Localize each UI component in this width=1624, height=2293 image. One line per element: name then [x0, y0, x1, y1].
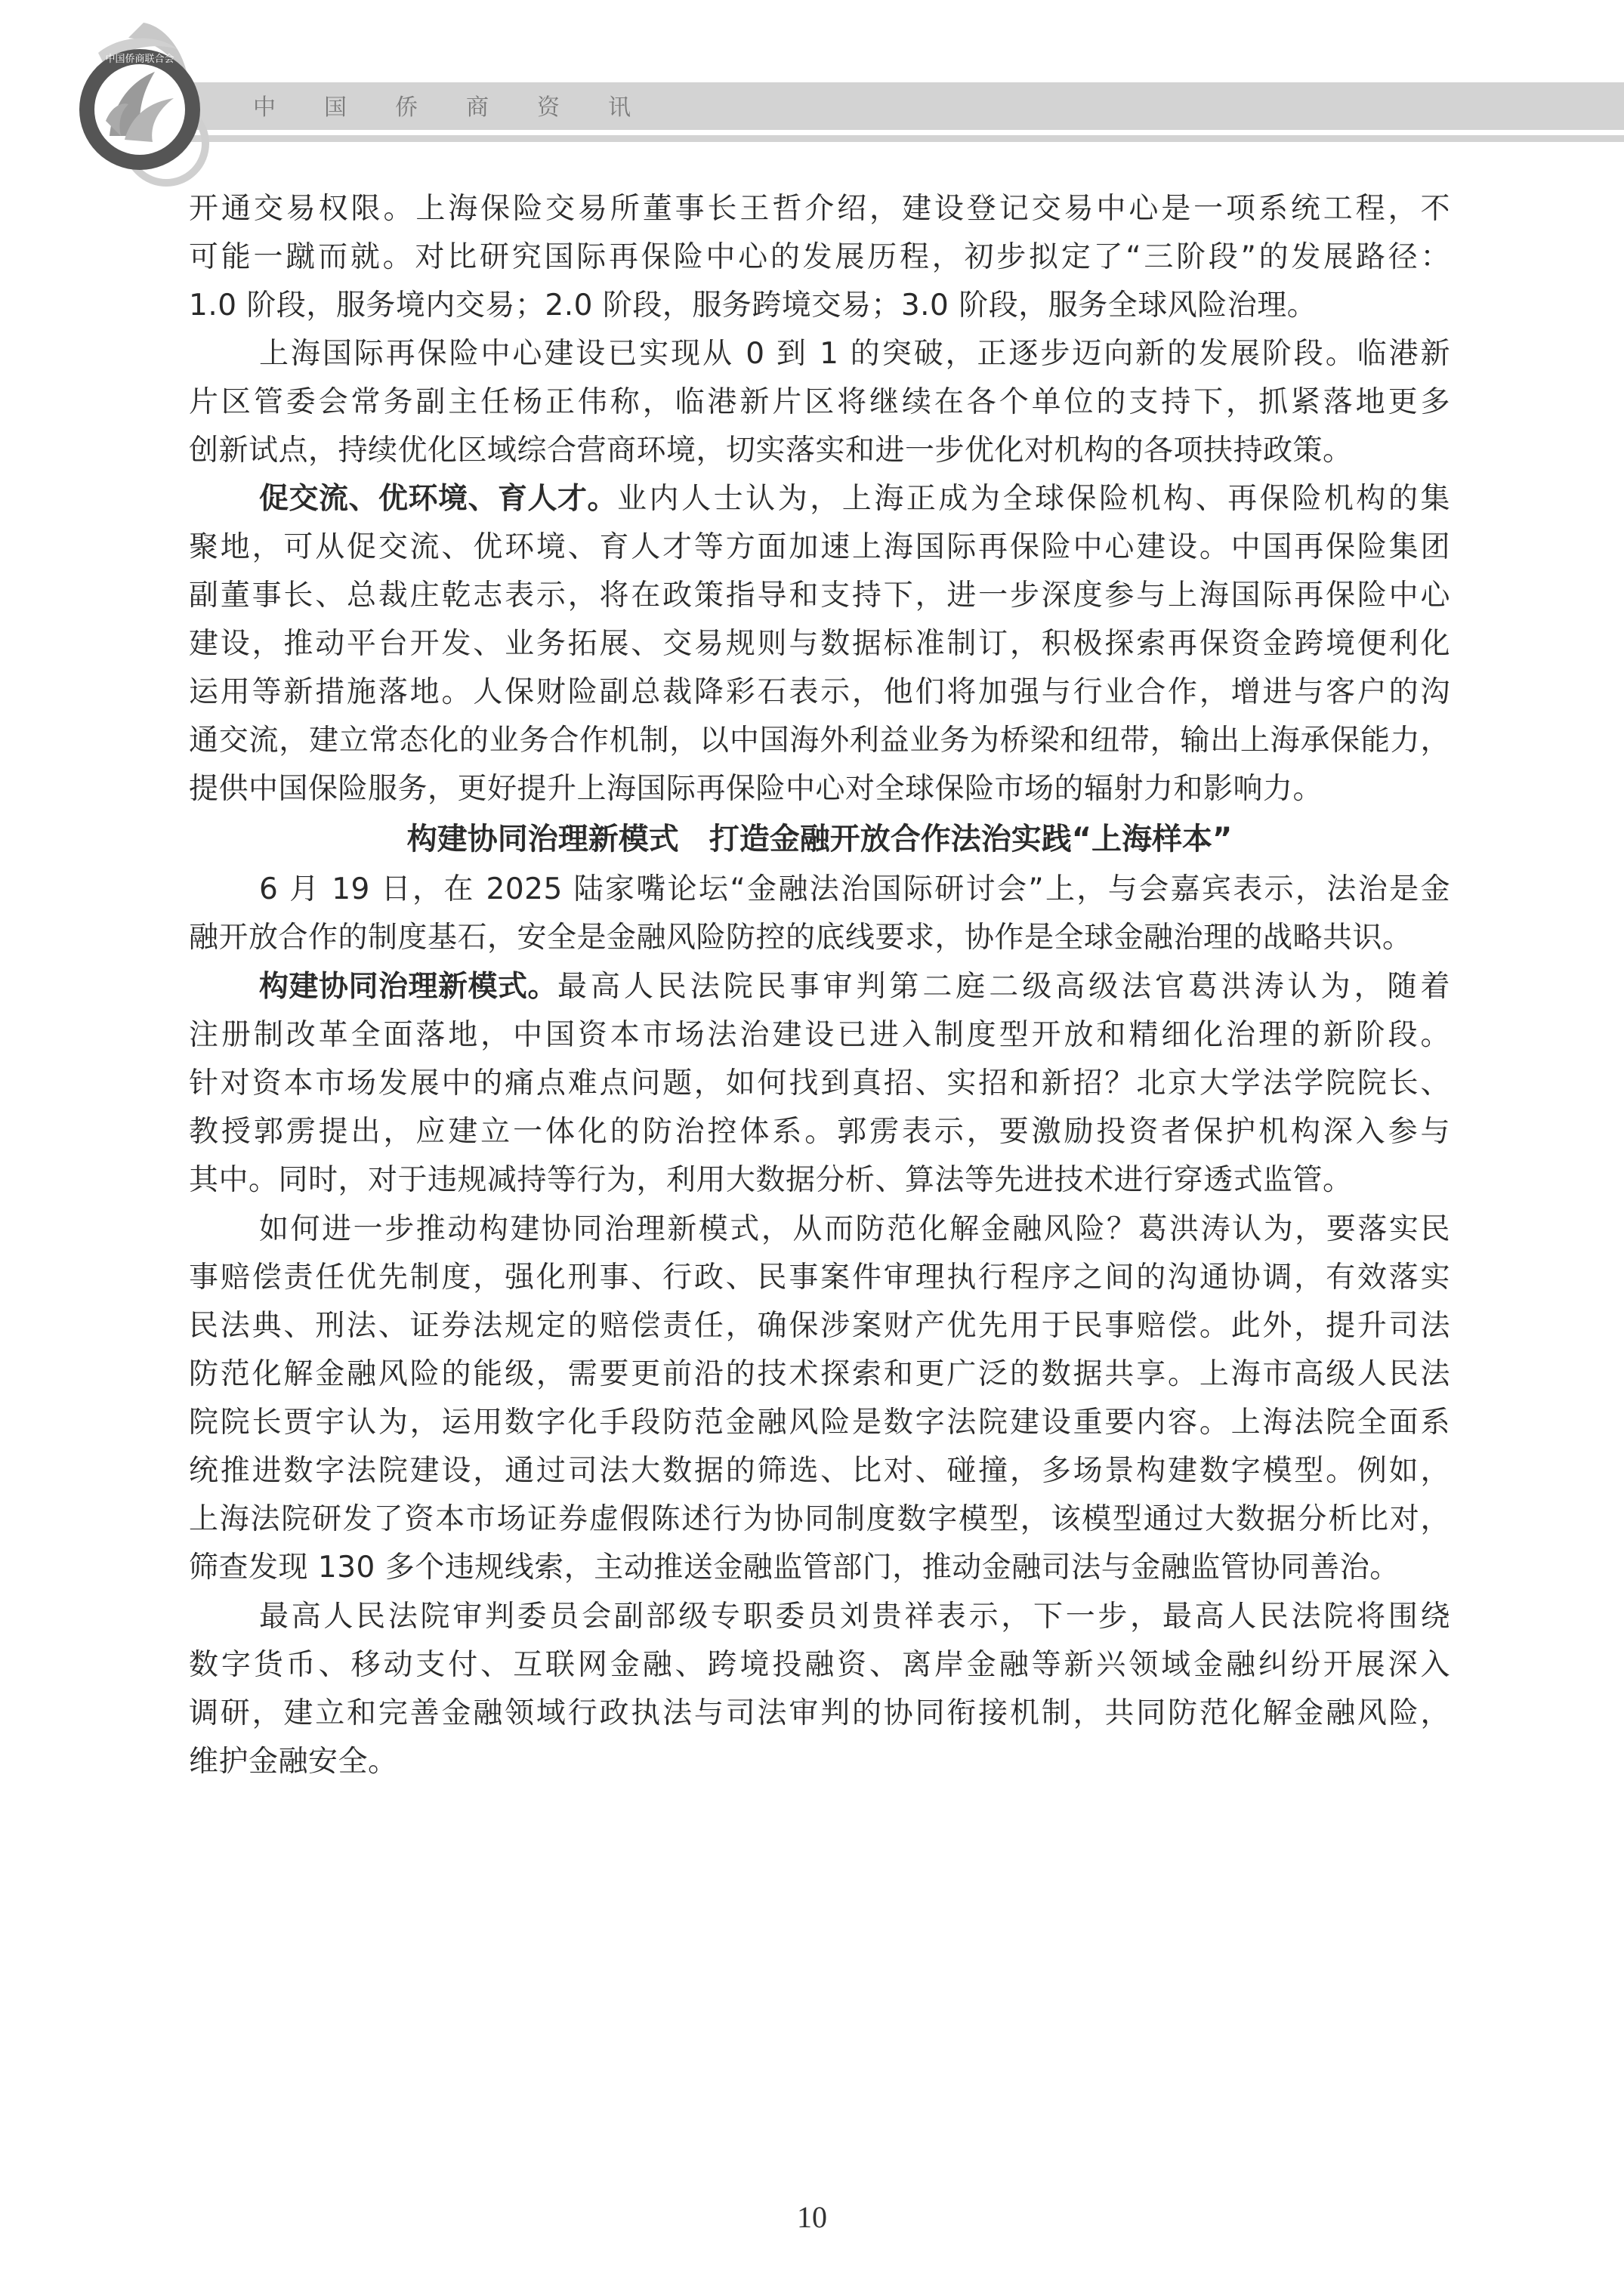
paragraph-line: 统推进数字法院建设，通过司法大数据的筛选、比对、碰撞，多场景构建数字模型。例如，	[189, 1449, 1450, 1494]
paragraph-line: 片区管委会常务副主任杨正伟称，临港新片区将继续在各个单位的支持下，抓紧落地更多	[189, 380, 1450, 425]
paragraph-line: 维护金融安全。	[189, 1739, 1450, 1785]
paragraph-line: 数字货币、移动支付、互联网金融、跨境投融资、离岸金融等新兴领域金融纠纷开展深入	[189, 1643, 1450, 1688]
paragraph-line: 其中。同时，对于违规减持等行为，利用大数据分析、算法等先进技术进行穿透式监管。	[189, 1158, 1450, 1203]
paragraph-line: 防范化解金融风险的能级，需要更前沿的技术探索和更广泛的数据共享。上海市高级人民法	[189, 1352, 1450, 1397]
page-number: 10	[0, 2199, 1624, 2235]
publication-title: 中国侨商资讯	[253, 89, 679, 127]
paragraph-text: 最高人民法院民事审判第二庭二级高级法官葛洪涛认为，随着	[557, 964, 1450, 1010]
paragraph-line: 可能一蹴而就。对比研究国际再保险中心的发展历程，初步拟定了“三阶段”的发展路径：	[189, 235, 1450, 280]
paragraph-line: 6 月 19 日，在 2025 陆家嘴论坛“金融法治国际研讨会”上，与会嘉宾表示…	[259, 867, 1450, 912]
paragraph-line: 最高人民法院审判委员会副部级专职委员刘贵祥表示，下一步，最高人民法院将围绕	[259, 1594, 1450, 1640]
paragraph-line: 促交流、优环境、育人才。 业内人士认为，上海正成为全球保险机构、再保险机构的集	[259, 477, 1450, 522]
paragraph-line: 通交流，建立常态化的业务合作机制，以中国海外利益业务为桥梁和纽带，输出上海承保能…	[189, 718, 1450, 764]
paragraph-line: 融开放合作的制度基石，安全是金融风险防控的底线要求，协作是全球金融治理的战略共识…	[189, 915, 1450, 961]
paragraph-line: 院院长贾宇认为，运用数字化手段防范金融风险是数字法院建设重要内容。上海法院全面系	[189, 1400, 1450, 1446]
federation-logo-icon: 中国侨商联合会	[53, 8, 234, 189]
paragraph-line: 1.0 阶段，服务境内交易；2.0 阶段，服务跨境交易；3.0 阶段，服务全球风…	[189, 283, 1450, 329]
paragraph-line: 教授郭雳提出，应建立一体化的防治控体系。郭雳表示，要激励投资者保护机构深入参与	[189, 1109, 1450, 1155]
paragraph-line: 聚地，可从促交流、优环境、育人才等方面加速上海国际再保险中心建设。中国再保险集团	[189, 525, 1450, 570]
paragraph-line: 提供中国保险服务，更好提升上海国际再保险中心对全球保险市场的辐射力和影响力。	[189, 767, 1450, 812]
paragraph-line: 民法典、刑法、证券法规定的赔偿责任，确保涉案财产优先用于民事赔偿。此外，提升司法	[189, 1304, 1450, 1349]
paragraph-line: 创新试点，持续优化区域综合营商环境，切实落实和进一步优化对机构的各项扶持政策。	[189, 428, 1450, 474]
paragraph-text: 业内人士认为，上海正成为全球保险机构、再保险机构的集	[617, 477, 1450, 522]
paragraph-line: 筛查发现 130 多个违规线索，主动推送金融监管部门，推动金融司法与金融监管协同…	[189, 1545, 1450, 1591]
paragraph-lead: 促交流、优环境、育人才。	[259, 477, 617, 522]
section-heading: 构建协同治理新模式 打造金融开放合作法治实践“上海样本”	[189, 816, 1450, 862]
paragraph-line: 开通交易权限。上海保险交易所董事长王哲介绍，建设登记交易中心是一项系统工程，不	[189, 187, 1450, 232]
header-stripe	[106, 135, 1624, 142]
paragraph-line: 构建协同治理新模式。 最高人民法院民事审判第二庭二级高级法官葛洪涛认为，随着	[259, 964, 1450, 1010]
paragraph-line: 上海国际再保险中心建设已实现从 0 到 1 的突破，正逐步迈向新的发展阶段。临港…	[259, 332, 1450, 377]
paragraph-line: 运用等新措施落地。人保财险副总裁降彩石表示，他们将加强与行业合作，增进与客户的沟	[189, 670, 1450, 715]
paragraph-line: 如何进一步推动构建协同治理新模式，从而防范化解金融风险？葛洪涛认为，要落实民	[259, 1207, 1450, 1252]
logo-text: 中国侨商联合会	[105, 53, 174, 65]
paragraph-line: 副董事长、总裁庄乾志表示，将在政策指导和支持下，进一步深度参与上海国际再保险中心	[189, 573, 1450, 619]
paragraph-line: 建设，推动平台开发、业务拓展、交易规则与数据标准制订，积极探索再保资金跨境便利化	[189, 622, 1450, 667]
paragraph-line: 上海法院研发了资本市场证券虚假陈述行为协同制度数字模型，该模型通过大数据分析比对…	[189, 1497, 1450, 1542]
paragraph-line: 调研，建立和完善金融领域行政执法与司法审判的协同衔接机制，共同防范化解金融风险，	[189, 1691, 1450, 1736]
paragraph-line: 注册制改革全面落地，中国资本市场法治建设已进入制度型开放和精细化治理的新阶段。	[189, 1013, 1450, 1058]
paragraph-line: 针对资本市场发展中的痛点难点问题，如何找到真招、实招和新招？北京大学法学院院长、	[189, 1061, 1450, 1106]
paragraph-line: 事赔偿责任优先制度，强化刑事、行政、民事案件审理执行程序之间的沟通协调，有效落实	[189, 1255, 1450, 1301]
paragraph-lead: 构建协同治理新模式。	[259, 964, 557, 1010]
